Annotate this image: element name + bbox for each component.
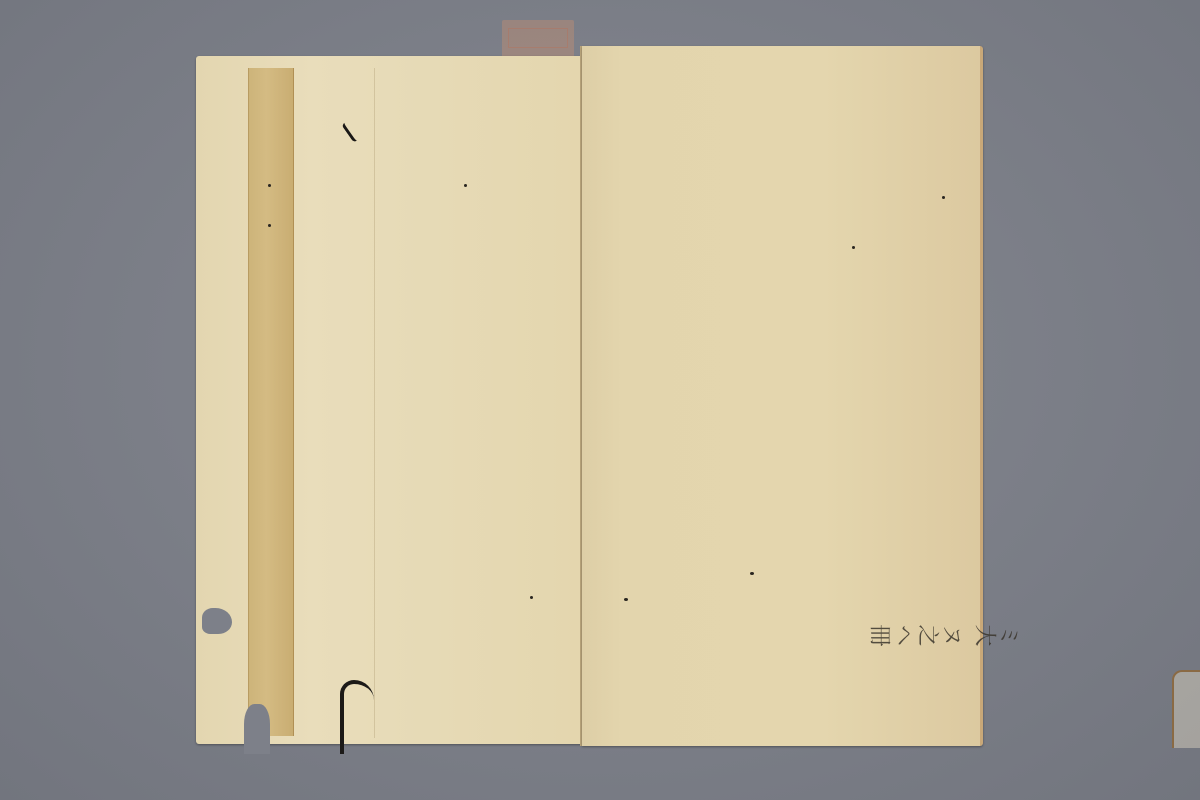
ink-mark	[341, 115, 368, 143]
speck	[464, 184, 467, 187]
speck	[942, 196, 945, 199]
edge-tear-damage	[244, 704, 270, 754]
stain-damage	[1172, 670, 1200, 748]
handwritten-inscription: ミ大 ヌ之ヘ冊	[868, 618, 1021, 649]
speck	[852, 246, 855, 249]
wormhole-damage	[202, 608, 232, 634]
speck	[624, 598, 628, 601]
speck	[750, 572, 754, 575]
speck	[530, 596, 533, 599]
left-page	[196, 56, 582, 744]
binding-tape-strip	[248, 68, 294, 736]
speck	[268, 224, 271, 227]
burnt-hole-damage	[340, 680, 374, 754]
open-book: ミ大 ヌ之ヘ冊	[196, 44, 982, 748]
speck	[268, 184, 271, 187]
page-fold-line	[374, 68, 375, 738]
right-page: ミ大 ヌ之ヘ冊	[582, 46, 983, 746]
